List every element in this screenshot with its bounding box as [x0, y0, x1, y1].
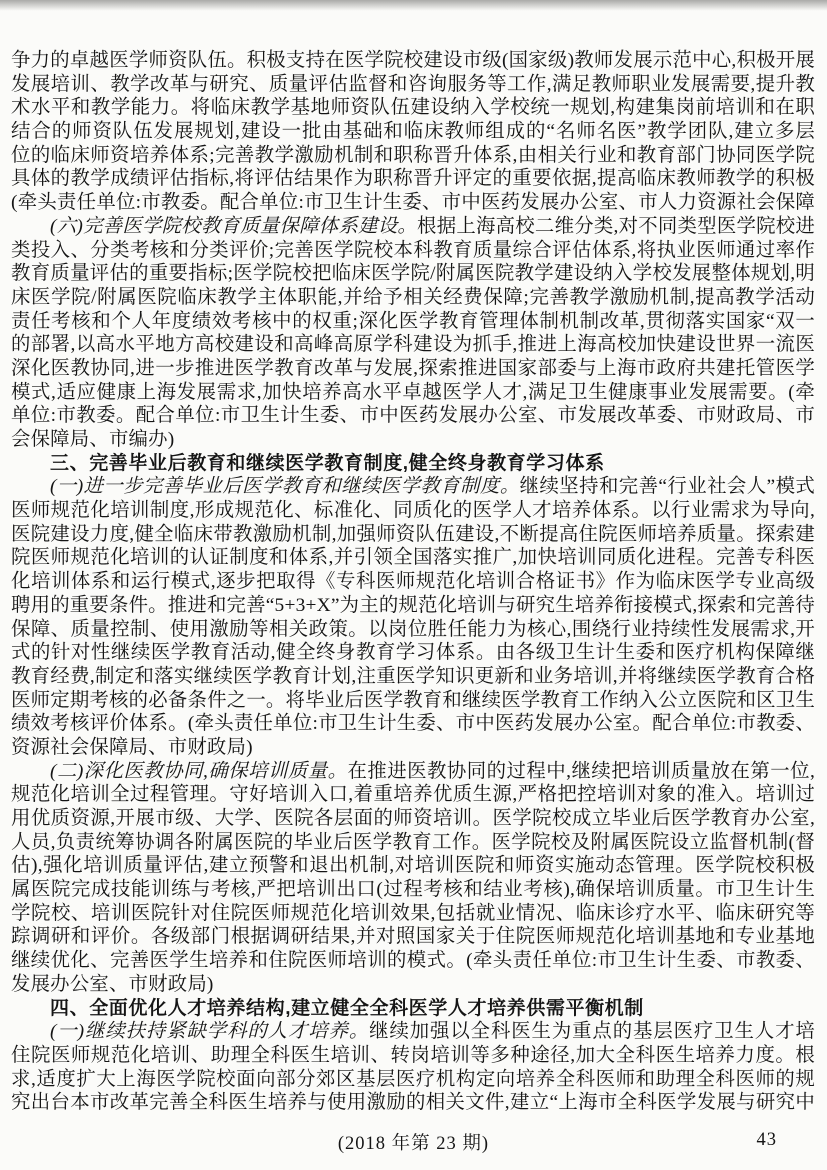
line-text: 规范化培训全过程管理。守好培训入口,着重培养优质生源,严格把控培训对象的准入。培…: [11, 784, 815, 807]
text-line: 资源社会保障局、市财政局): [11, 736, 815, 760]
line-text: (牵头责任单位:市教委。配合单位:市卫生计生委、市中医药发展办公室、市人力资源社…: [11, 192, 815, 215]
line-text: 化培训体系和运行模式,逐步把取得《专科医师规范化培训合格证书》作为临床医学专业高…: [11, 571, 815, 594]
text-line: (六)完善医学院校教育质量保障体系建设。根据上海高校二维分类,对不同类型医学院校…: [11, 215, 815, 239]
page-number: 43: [757, 1130, 778, 1151]
text-line: 究出台本市改革完善全科医生培养与使用激励的相关文件,建立“上海市全科医学发展与研…: [11, 1091, 815, 1115]
line-text: 深化医教协同,进一步推进医学教育改革与发展,探索推进国家部委与上海市政府共建托管…: [11, 358, 815, 381]
line-text: 争力的卓越医学师资队伍。积极支持在医学院校建设市级(国家级)教师发展示范中心,积…: [11, 50, 815, 73]
text-line: 深化医教协同,进一步推进医学教育改革与发展,探索推进国家部委与上海市政府共建托管…: [11, 357, 815, 381]
line-text: 属医院完成技能训练与考核,严把培训出口(过程考核和结业考核),确保培训质量。市卫…: [11, 879, 815, 902]
text-line: 结合的师资队伍发展规划,建设一批由基础和临床教师组成的“名师名医”教学团队,建立…: [11, 120, 815, 144]
text-line: 住院医师规范化培训、助理全科医生培训、转岗培训等多种途径,加大全科医生培养力度。…: [11, 1044, 815, 1068]
text-line: 会保障局、市编办): [11, 428, 815, 452]
line-text: 发展办公室、市财政局): [11, 974, 214, 995]
line-text: 人员,负责统筹协调各附属医院的毕业后医学教育工作。医学院校及附属医院设立监督机制…: [11, 832, 815, 855]
text-line: 踪调研和评价。各级部门根据调研结果,并对照国家关于住院医师规范化培训基地和专业基…: [11, 925, 815, 949]
text-line: 学院校、培训医院针对住院医师规范化培训效果,包括就业情况、临床诊疗水平、临床研究…: [11, 902, 815, 926]
line-text: 式的针对性继续医学教育活动,健全终身教育学习体系。由各级卫生计生委和医疗机构保障…: [11, 642, 815, 665]
text-line: 具体的教学成绩评估指标,将评估结果作为职称晋升评定的重要依据,提高临床教师教学的…: [11, 167, 815, 191]
line-text: 估),强化培训质量评估,建立预警和退出机制,对培训医院和师资实施动态管理。医学院…: [11, 855, 815, 878]
line-text: 类投入、分类考核和分类评价;完善医学院校本科教育质量综合评估体系,将执业医师通过…: [11, 240, 815, 263]
section-heading: 四、全面优化人才培养结构,建立健全全科医学人才培养供需平衡机制: [11, 997, 815, 1021]
line-text: 学院校、培训医院针对住院医师规范化培训效果,包括就业情况、临床诊疗水平、临床研究…: [11, 903, 815, 926]
text-line: 单位:市教委。配合单位:市卫生计生委、市中医药发展办公室、市发展改革委、市财政局…: [11, 404, 815, 428]
text-line: 绩效考核评价体系。(牵头责任单位:市卫生计生委、市中医药发展办公室。配合单位:市…: [11, 712, 815, 736]
text-line: 估),强化培训质量评估,建立预警和退出机制,对培训医院和师资实施动态管理。医学院…: [11, 854, 815, 878]
line-text: 踪调研和评价。各级部门根据调研结果,并对照国家关于住院医师规范化培训基地和专业基…: [11, 926, 815, 949]
line-text: 聘用的重要条件。推进和完善“5+3+X”为主的规范化培训与研究生培养衔接模式,探…: [11, 595, 815, 618]
line-text: 住院医师规范化培训、助理全科医生培训、转岗培训等多种途径,加大全科医生培养力度。…: [11, 1045, 815, 1068]
paragraph-lead: (一)继续扶持紧缺学科的人才培养。: [50, 1021, 369, 1042]
text-line: 位的临床师资培养体系;完善教学激励机制和职称晋升体系,由相关行业和教育部门协同医…: [11, 144, 815, 168]
text-line: 式的针对性继续医学教育活动,健全终身教育学习体系。由各级卫生计生委和医疗机构保障…: [11, 641, 815, 665]
line-text: 会保障局、市编办): [11, 429, 174, 450]
text-line: 发展培训、教学改革与研究、质量评估监督和咨询服务等工作,满足教师职业发展需要,提…: [11, 73, 815, 97]
text-line: 求,适度扩大上海医学院校面向部分郊区基层医疗机构定向培养全科医师和助理全科医师的…: [11, 1068, 815, 1092]
text-line: 教育质量评估的重要指标;医学院校把临床医学院/附属医院教学建设纳入学校发展整体规…: [11, 262, 815, 286]
text-line: 规范化培训全过程管理。守好培训入口,着重培养优质生源,严格把控培训对象的准入。培…: [11, 783, 815, 807]
line-text: 继续优化、完善医学生培养和住院医师培训的模式。(牵头责任单位:市卫生计生委、市教…: [11, 950, 815, 973]
line-text: 用优质资源,开展市级、大学、医院各层面的师资培训。医学院校成立毕业后医学教育办公…: [11, 808, 815, 831]
line-text: 院医师规范化培训的认证制度和体系,并引领全国落实推广,加快培训同质化进程。完善专…: [11, 547, 815, 570]
line-text: 绩效考核评价体系。(牵头责任单位:市卫生计生委、市中医药发展办公室。配合单位:市…: [11, 713, 815, 736]
text-line: 发展办公室、市财政局): [11, 973, 815, 997]
line-text: 术水平和教学能力。将临床教学基地师资队伍建设纳入学校统一规划,构建集岗前培训和在…: [11, 97, 815, 120]
text-line: 保障、质量控制、使用激励等相关政策。以岗位胜任能力为核心,围绕行业持续性发展需求…: [11, 618, 815, 642]
line-text: 位的临床师资培养体系;完善教学激励机制和职称晋升体系,由相关行业和教育部门协同医…: [11, 145, 815, 168]
text-line: 用优质资源,开展市级、大学、医院各层面的师资培训。医学院校成立毕业后医学教育办公…: [11, 807, 815, 831]
text-line: 医院建设力度,健全临床带教激励机制,加强师资队伍建设,不断提高住院医师培养质量。…: [11, 523, 815, 547]
paragraph-lead: (六)完善医学院校教育质量保障体系建设。: [50, 216, 417, 237]
line-text: 模式,适应健康上海发展需求,加快培养高水平卓越医学人才,满足卫生健康事业发展需要…: [11, 382, 815, 405]
section-heading: 三、完善毕业后教育和继续医学教育制度,健全终身教育学习体系: [11, 452, 815, 476]
text-line: 继续优化、完善医学生培养和住院医师培训的模式。(牵头责任单位:市卫生计生委、市教…: [11, 949, 815, 973]
line-text: 医师规范化培训制度,形成规范化、标准化、同质化的医学人才培养体系。以行业需求为导…: [11, 500, 815, 523]
document-page: { "document": { "lines": [ { "text": "争力…: [0, 0, 827, 1170]
text-line: 教育经费,制定和落实继续医学教育计划,注重医学知识更新和业务培训,并将继续医学教…: [11, 665, 815, 689]
page-footer: (2018 年第 23 期) 43: [0, 1129, 827, 1157]
text-line: (一)继续扶持紧缺学科的人才培养。继续加强以全科医生为重点的基层医疗卫生人才培养…: [11, 1020, 815, 1044]
line-text: 责任考核和个人年度绩效考核中的权重;深化医学教育管理体制机制改革,贯彻落实国家“…: [11, 311, 815, 334]
issue-label: (2018 年第 23 期): [0, 1129, 827, 1155]
line-text: 结合的师资队伍发展规划,建设一批由基础和临床教师组成的“名师名医”教学团队,建立…: [11, 121, 815, 144]
line-text: 医院建设力度,健全临床带教激励机制,加强师资队伍建设,不断提高住院医师培养质量。…: [11, 524, 815, 547]
text-line: 模式,适应健康上海发展需求,加快培养高水平卓越医学人才,满足卫生健康事业发展需要…: [11, 381, 815, 405]
text-line: 院医师规范化培训的认证制度和体系,并引领全国落实推广,加快培训同质化进程。完善专…: [11, 546, 815, 570]
text-line: 聘用的重要条件。推进和完善“5+3+X”为主的规范化培训与研究生培养衔接模式,探…: [11, 594, 815, 618]
line-text: 具体的教学成绩评估指标,将评估结果作为职称晋升评定的重要依据,提高临床教师教学的…: [11, 168, 815, 191]
text-line: 属医院完成技能训练与考核,严把培训出口(过程考核和结业考核),确保培训质量。市卫…: [11, 878, 815, 902]
line-text: 的部署,以高水平地方高校建设和高峰高原学科建设为抓手,推进上海高校加快建设世界一…: [11, 334, 815, 357]
text-line: 的部署,以高水平地方高校建设和高峰高原学科建设为抓手,推进上海高校加快建设世界一…: [11, 333, 815, 357]
text-line: (二)深化医教协同,确保培训质量。在推进医教协同的过程中,继续把培训质量放在第一…: [11, 760, 815, 784]
line-text: 单位:市教委。配合单位:市卫生计生委、市中医药发展办公室、市发展改革委、市财政局…: [11, 405, 815, 428]
line-text: 教育经费,制定和落实继续医学教育计划,注重医学知识更新和业务培训,并将继续医学教…: [11, 666, 815, 689]
line-text: 床医学院/附属医院临床教学主体职能,并给予相关经费保障;完善教学激励机制,提高教…: [11, 287, 815, 310]
text-line: 化培训体系和运行模式,逐步把取得《专科医师规范化培训合格证书》作为临床医学专业高…: [11, 570, 815, 594]
line-text: 求,适度扩大上海医学院校面向部分郊区基层医疗机构定向培养全科医师和助理全科医师的…: [11, 1069, 815, 1092]
text-line: 人员,负责统筹协调各附属医院的毕业后医学教育工作。医学院校及附属医院设立监督机制…: [11, 831, 815, 855]
text-line: 争力的卓越医学师资队伍。积极支持在医学院校建设市级(国家级)教师发展示范中心,积…: [11, 49, 815, 73]
text-line: 术水平和教学能力。将临床教学基地师资队伍建设纳入学校统一规划,构建集岗前培训和在…: [11, 96, 815, 120]
line-text: 三、完善毕业后教育和继续医学教育制度,健全终身教育学习体系: [50, 453, 605, 474]
document-body: 争力的卓越医学师资队伍。积极支持在医学院校建设市级(国家级)教师发展示范中心,积…: [11, 49, 815, 1115]
line-text: 医师定期考核的必备条件之一。将毕业后医学教育和继续医学教育工作纳入公立医院和区卫…: [11, 690, 815, 713]
text-line: 类投入、分类考核和分类评价;完善医学院校本科教育质量综合评估体系,将执业医师通过…: [11, 239, 815, 263]
line-text: 发展培训、教学改革与研究、质量评估监督和咨询服务等工作,满足教师职业发展需要,提…: [11, 74, 815, 97]
line-text: 保障、质量控制、使用激励等相关政策。以岗位胜任能力为核心,围绕行业持续性发展需求…: [11, 619, 815, 642]
line-text: 四、全面优化人才培养结构,建立健全全科医学人才培养供需平衡机制: [50, 998, 644, 1019]
scan-edge-shadow: [0, 0, 827, 12]
line-text: 究出台本市改革完善全科医生培养与使用激励的相关文件,建立“上海市全科医学发展与研…: [11, 1092, 815, 1115]
text-line: (牵头责任单位:市教委。配合单位:市卫生计生委、市中医药发展办公室、市人力资源社…: [11, 191, 815, 215]
text-line: 医师规范化培训制度,形成规范化、标准化、同质化的医学人才培养体系。以行业需求为导…: [11, 499, 815, 523]
line-text: 资源社会保障局、市财政局): [11, 737, 253, 758]
text-line: 床医学院/附属医院临床教学主体职能,并给予相关经费保障;完善教学激励机制,提高教…: [11, 286, 815, 310]
line-text: 教育质量评估的重要指标;医学院校把临床医学院/附属医院教学建设纳入学校发展整体规…: [11, 263, 815, 286]
paragraph-lead: (一)进一步完善毕业后医学教育和继续医学教育制度。: [50, 476, 520, 497]
text-line: (一)进一步完善毕业后医学教育和继续医学教育制度。继续坚持和完善“行业社会人”模…: [11, 475, 815, 499]
text-line: 责任考核和个人年度绩效考核中的权重;深化医学教育管理体制机制改革,贯彻落实国家“…: [11, 310, 815, 334]
text-line: 医师定期考核的必备条件之一。将毕业后医学教育和继续医学教育工作纳入公立医院和区卫…: [11, 689, 815, 713]
paragraph-lead: (二)深化医教协同,确保培训质量。: [50, 761, 347, 782]
